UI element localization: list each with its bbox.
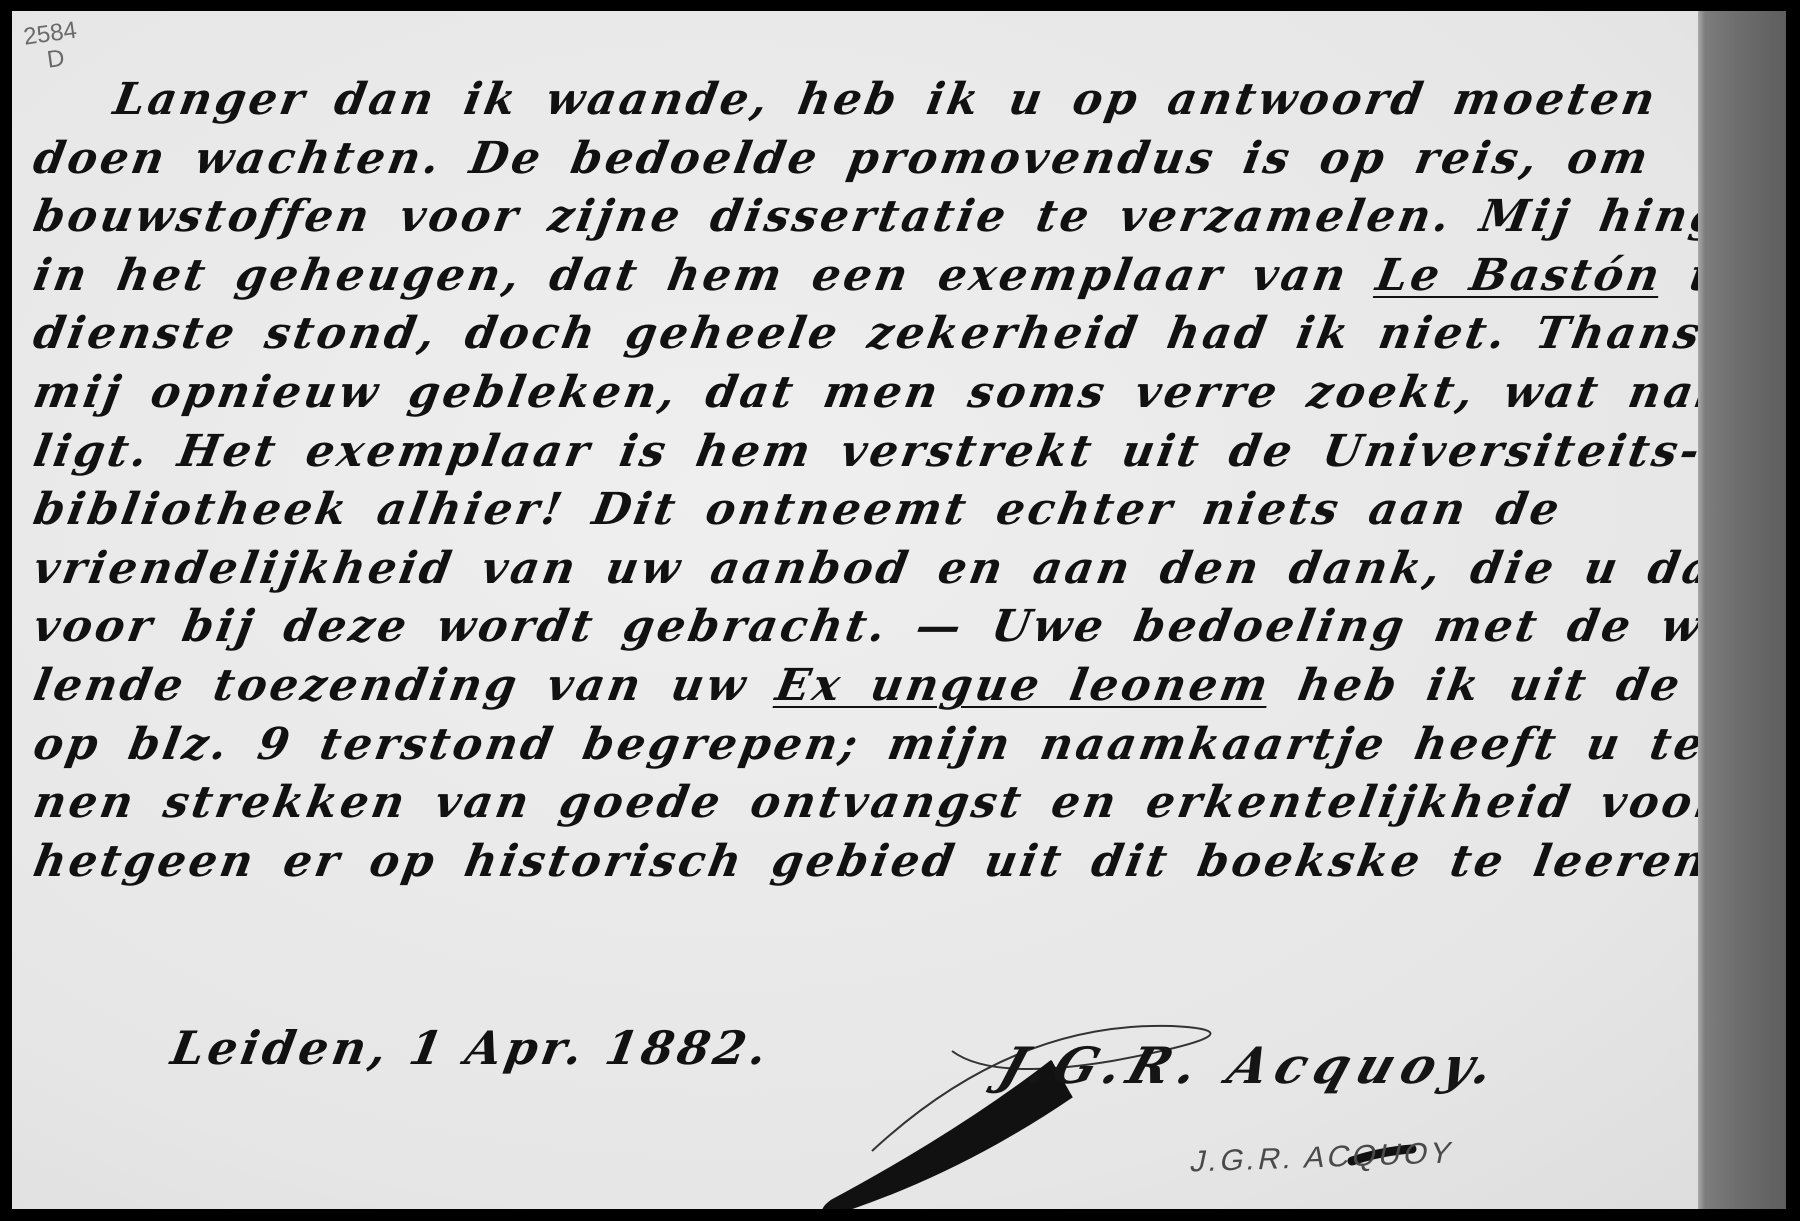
letter-line: ligt. Het exemplaar is hem verstrekt uit…: [29, 423, 1719, 482]
scan-frame: 2584 D Langer dan ik waande, heb ik u op…: [0, 0, 1800, 1221]
archive-pencil-mark: 2584 D: [22, 18, 82, 77]
letter-line: hetgeen er op historisch gebied uit dit …: [29, 833, 1719, 892]
letter-line: op blz. 9 terstond begrepen; mijn naamka…: [29, 716, 1719, 775]
letter-line: bouwstoffen voor zijne dissertatie te ve…: [29, 188, 1719, 247]
letter-line: bibliotheek alhier! Dit ontneemt echter …: [29, 481, 1719, 540]
letter-line: in het geheugen, dat hem een exemplaar v…: [29, 247, 1719, 306]
letter-line: Langer dan ik waande, heb ik u op antwoo…: [29, 71, 1719, 130]
pencil-name-annotation: J.G.R. ACQUOY: [1187, 1136, 1457, 1179]
dateline: Leiden, 1 Apr. 1882.: [167, 1021, 774, 1075]
underlined-title: Ex ungue leonem: [772, 660, 1275, 711]
page-edge-shadow: [1698, 11, 1786, 1209]
letter-line: vriendelijkheid van uw aanbod en aan den…: [29, 540, 1719, 599]
letter-line: dienste stond, doch geheele zekerheid ha…: [29, 305, 1719, 364]
letter-line: nen strekken van goede ontvangst en erke…: [29, 774, 1719, 833]
letter-line: doen wachten. De bedoelde promovendus is…: [29, 130, 1719, 189]
letter-line: mij opnieuw gebleken, dat men soms verre…: [29, 364, 1719, 423]
signature: J.G.R. Acquoy.: [992, 1036, 1510, 1095]
letter-line: lende toezending van uw Ex ungue leonem …: [29, 657, 1719, 716]
archive-sub-mark: D: [45, 43, 82, 73]
letter-line: voor bij deze wordt gebracht. — Uwe bedo…: [29, 598, 1719, 657]
letter-body: Langer dan ik waande, heb ik u op antwoo…: [34, 71, 1714, 891]
letter-paper: 2584 D Langer dan ik waande, heb ik u op…: [12, 11, 1786, 1209]
underlined-title: Le Bastón: [1372, 250, 1666, 301]
